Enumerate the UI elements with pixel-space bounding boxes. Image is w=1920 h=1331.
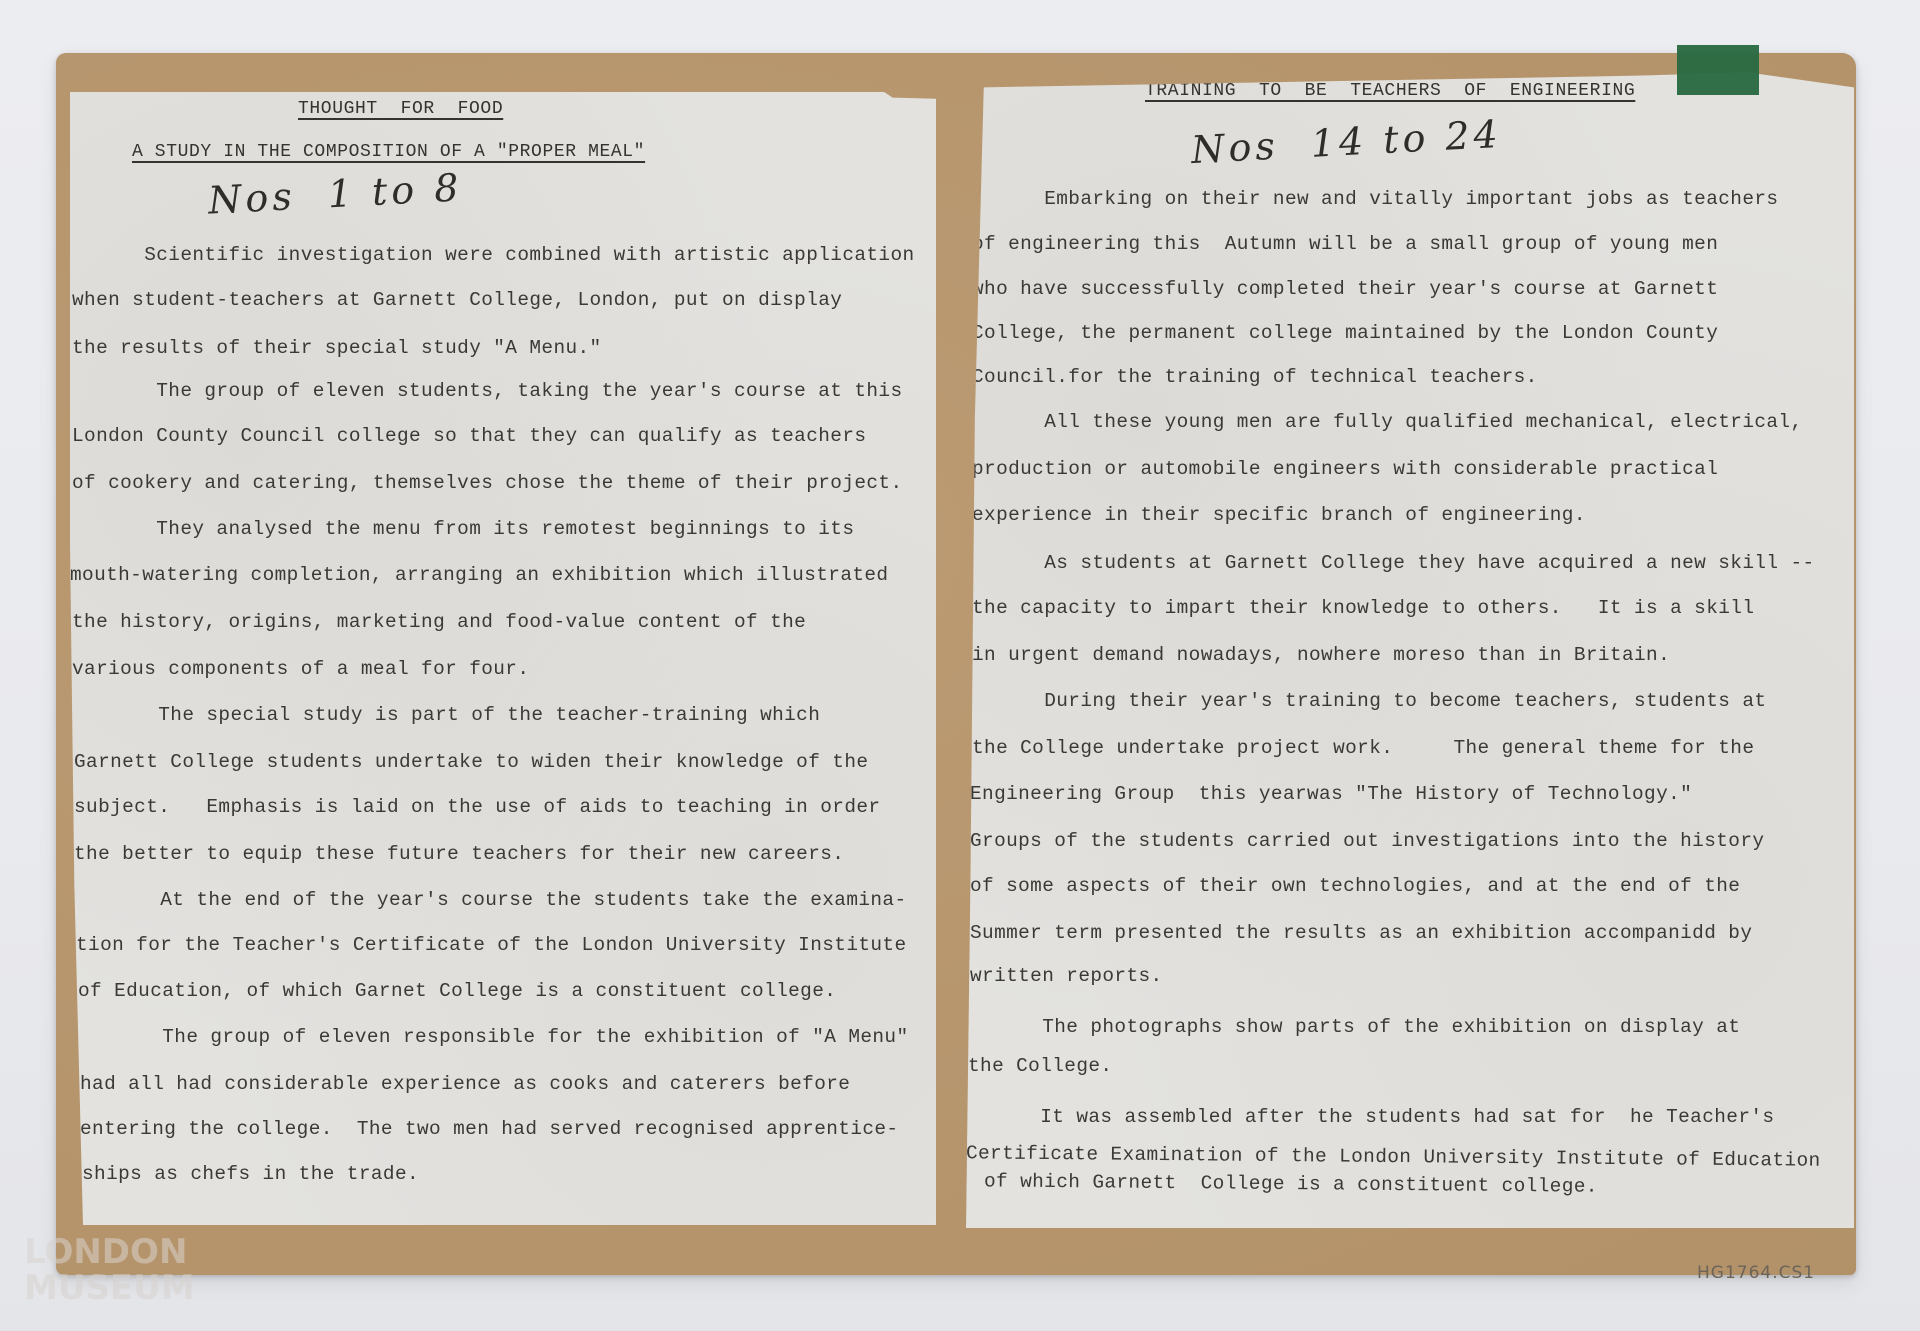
left-line: the better to equip these future teacher… [74,843,844,865]
right-line: Groups of the students carried out inves… [970,830,1764,852]
right-line: production or automobile engineers with … [972,458,1718,480]
right-line: Embarking on their new and vitally impor… [972,188,1778,210]
watermark-line: MUSEUM [24,1270,195,1306]
right-line: Council.for the training of technical te… [972,366,1538,388]
right-line: Engineering Group this yearwas "The Hist… [970,783,1692,805]
left-line: mouth-watering completion, arranging an … [70,564,888,586]
right-line: of which Garnett College is a constituen… [972,1170,1598,1197]
right-line: who have successfully completed their ye… [972,278,1718,300]
left-line: entering the college. The two men had se… [80,1118,898,1140]
museum-watermark: LONDON MUSEUM [24,1234,195,1306]
left-subtitle: A STUDY IN THE COMPOSITION OF A "PROPER … [132,142,645,162]
green-tape [1677,45,1759,95]
right-line: the College. [968,1055,1112,1077]
right-line: College, the permanent college maintaine… [972,322,1718,344]
right-line: of some aspects of their own technologie… [970,875,1740,897]
right-line: As students at Garnett College they have… [972,552,1815,574]
right-title: TRAINING TO BE TEACHERS OF ENGINEERING [1145,81,1635,101]
right-line: Summer term presented the results as an … [970,922,1752,944]
right-line: During their year's training to become t… [972,690,1766,712]
left-line: the history, origins, marketing and food… [72,611,806,633]
right-line: All these young men are fully qualified … [972,411,1803,433]
left-line: the results of their special study "A Me… [72,337,602,359]
left-line: various components of a meal for four. [72,658,529,680]
right-line: The photographs show parts of the exhibi… [970,1016,1740,1038]
left-line: Garnett College students undertake to wi… [74,751,868,773]
left-line: ships as chefs in the trade. [82,1163,419,1185]
right-line: It was assembled after the students had … [968,1106,1774,1128]
right-line: the College undertake project work. The … [972,737,1754,759]
right-line: of engineering this Autumn will be a sma… [972,233,1718,255]
left-line: The group of eleven students, taking the… [72,380,903,402]
right-line: written reports. [970,965,1163,987]
left-line: At the end of the year's course the stud… [76,889,907,911]
left-line: subject. Emphasis is laid on the use of … [74,796,880,818]
left-line: London County Council college so that th… [72,425,866,447]
right-line: in urgent demand nowadays, nowhere mores… [972,644,1670,666]
right-typescript-sheet: TRAINING TO BE TEACHERS OF ENGINEERING N… [966,70,1854,1228]
right-line: Certificate Examination of the London Un… [966,1142,1821,1171]
left-line: The special study is part of the teacher… [74,704,820,726]
accession-number: HG1764.CS1 [1697,1263,1815,1283]
left-typescript-sheet: THOUGHT FOR FOOD A STUDY IN THE COMPOSIT… [70,92,936,1225]
left-line: Scientific investigation were combined w… [72,244,915,266]
left-line: tion for the Teacher's Certificate of th… [76,934,907,956]
left-line: when student-teachers at Garnett College… [72,289,842,311]
left-line: of cookery and catering, themselves chos… [72,472,903,494]
right-line: the capacity to impart their knowledge t… [972,597,1754,619]
left-title: THOUGHT FOR FOOD [298,99,503,119]
left-line: of Education, of which Garnet College is… [78,980,836,1002]
left-handwritten-note: Nos 1 to 8 [207,165,463,222]
left-line: had all had considerable experience as c… [80,1073,850,1095]
left-line: The group of eleven responsible for the … [78,1026,909,1048]
right-handwritten-note: Nos 14 to 24 [1190,112,1503,172]
right-line: experience in their specific branch of e… [972,504,1586,526]
watermark-line: LONDON [24,1234,195,1270]
left-line: They analysed the menu from its remotest… [72,518,854,540]
